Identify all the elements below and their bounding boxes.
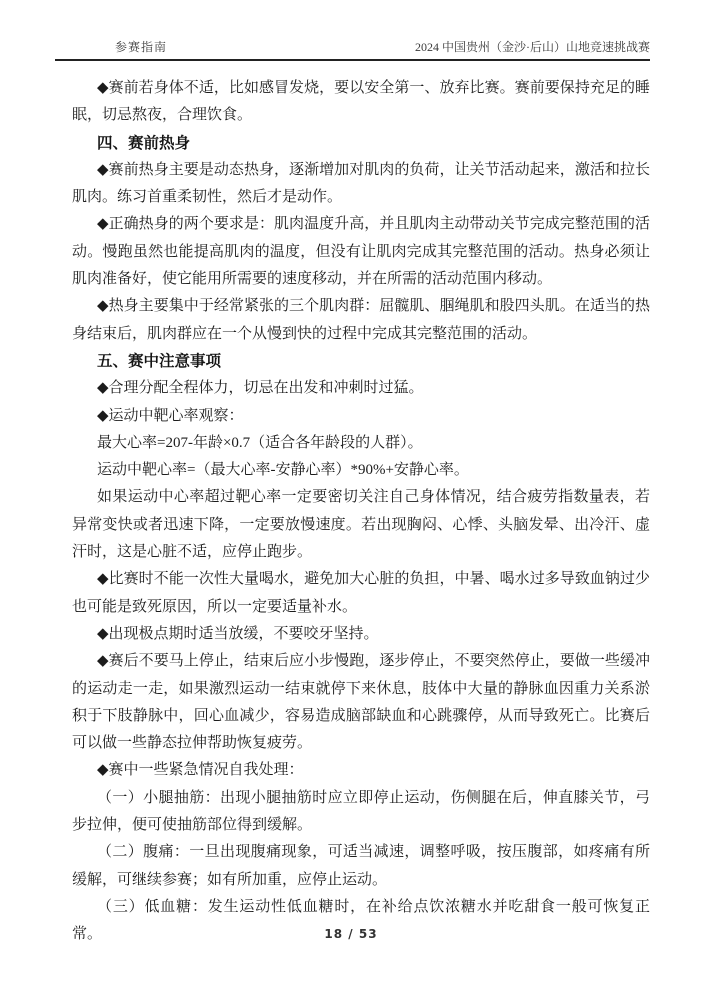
paragraph: ◆热身主要集中于经常紧张的三个肌肉群：屈髋肌、腘绳肌和股四头肌。在适当的热身结束… [72,293,650,348]
paragraph: ◆正确热身的两个要求是：肌肉温度升高，并且肌肉主动带动关节完成完整范围的活动。慢… [72,211,650,293]
paragraph: ◆赛中一些紧急情况自我处理： [72,757,650,784]
paragraph: ◆赛前若身体不适，比如感冒发烧，要以安全第一、放弃比赛。赛前要保持充足的睡眠，切… [72,75,650,130]
paragraph: （二）腹痛：一旦出现腹痛现象，可适当减速，调整呼吸，按压腹部，如疼痛有所缓解，可… [72,839,650,894]
paragraph: 如果运动中心率超过靶心率一定要密切关注自己身体情况，结合疲劳指数量表，若异常变快… [72,484,650,566]
paragraph: ◆赛后不要马上停止，结束后应小步慢跑，逐步停止，不要突然停止，要做一些缓冲的运动… [72,648,650,757]
header-event-title: 2024 中国贵州（金沙·后山）山地竞速挑战赛 [415,38,650,55]
paragraph: 运动中靶心率=（最大心率-安静心率）*90%+安静心率。 [72,457,650,484]
document-page: 参赛指南 2024 中国贵州（金沙·后山）山地竞速挑战赛 ◆赛前若身体不适，比如… [0,0,702,993]
paragraph: （一）小腿抽筋：出现小腿抽筋时应立即停止运动，伤侧腿在后，伸直膝关节，弓步拉伸，… [72,785,650,840]
paragraph: ◆比赛时不能一次性大量喝水，避免加大心脏的负担，中暑、喝水过多导致血钠过少也可能… [72,566,650,621]
paragraph: ◆合理分配全程体力，切忌在出发和冲刺时过猛。 [72,375,650,402]
paragraph: ◆出现极点期时适当放缓，不要咬牙坚持。 [72,621,650,648]
paragraph: ◆运动中靶心率观察： [72,403,650,430]
paragraph: ◆赛前热身主要是动态热身，逐渐增加对肌肉的负荷，让关节活动起来，激活和拉长肌肉。… [72,157,650,212]
page-header: 参赛指南 2024 中国贵州（金沙·后山）山地竞速挑战赛 [55,0,650,61]
document-body: ◆赛前若身体不适，比如感冒发烧，要以安全第一、放弃比赛。赛前要保持充足的睡眠，切… [72,75,650,949]
paragraph: 最大心率=207-年龄×0.7（适合各年龄段的人群）。 [72,430,650,457]
section-heading: 四、赛前热身 [72,130,650,157]
section-heading: 五、赛中注意事项 [72,348,650,375]
header-doc-title: 参赛指南 [115,38,167,55]
page-number: 18 / 53 [0,927,702,941]
